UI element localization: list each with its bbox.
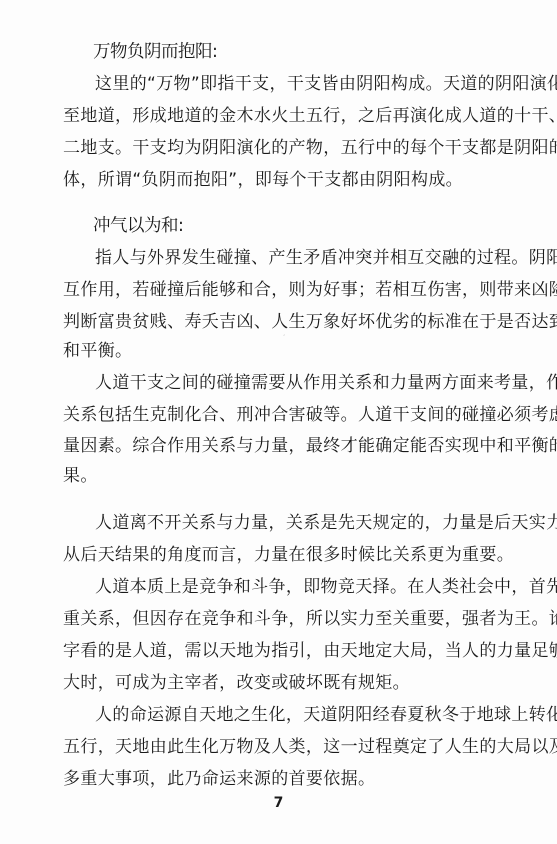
paragraph-line: 体，所谓“负阴而抱阳”，即每个干支都由阴阳构成。 — [63, 170, 463, 190]
paragraph-line: 从后天结果的角度而言，力量在很多时候比关系更为重要。 — [63, 545, 514, 565]
paragraph-line: 人道离不开关系与力量，关系是先天规定的，力量是后天实力， — [95, 513, 557, 533]
paragraph-line: 果。 — [63, 466, 98, 486]
paragraph-line: 互作用，若碰撞后能够和合，则为好事；若相互伤害，则带来凶险。 — [63, 280, 557, 300]
paragraph-line: 多重大事项，此乃命运来源的首要依据。 — [63, 769, 375, 789]
paragraph-line: 人道干支之间的碰撞需要从作用关系和力量两方面来考量，作用 — [95, 373, 557, 393]
document-page: 万物负阴而抱阳: 这里的“万物”即指干支，干支皆由阴阳构成。天道的阴阳演化 至地… — [0, 0, 557, 844]
paragraph-line: 量因素。综合作用关系与力量，最终才能确定能否实现中和平衡的结 — [63, 436, 557, 456]
section-heading-wanwu: 万物负阴而抱阳: — [93, 42, 217, 62]
paragraph-line: 人道本质上是竞争和斗争，即物竞天择。在人类社会中，首先注 — [95, 577, 557, 597]
paragraph-line: 重关系，但因存在竞争和斗争，所以实力至关重要，强者为王。论八 — [63, 609, 557, 629]
paragraph-line: 人的命运源自天地之生化，天道阴阳经春夏秋冬于地球上转化为 — [95, 705, 557, 725]
scan-artifact: ⸲ — [283, 329, 285, 338]
paragraph-line: 二地支。干支均为阴阳演化的产物，五行中的每个干支都是阴阳的载 — [63, 138, 557, 158]
paragraph-line: 判断富贵贫贱、寿夭吉凶、人生万象好坏优劣的标准在于是否达到中 — [63, 312, 557, 332]
paragraph-line: 大时，可成为主宰者，改变或破坏既有规矩。 — [63, 673, 410, 693]
paragraph-line: 五行，天地由此生化万物及人类，这一过程奠定了人生的大局以及诸 — [63, 737, 557, 757]
paragraph-line: 和平衡。 — [63, 341, 132, 361]
page-number: 7 — [0, 795, 557, 811]
paragraph-line: 字看的是人道，需以天地为指引，由天地定大局，当人的力量足够强 — [63, 641, 557, 661]
paragraph-line: 关系包括生克制化合、刑冲合害破等。人道干支间的碰撞必须考虑力 — [63, 405, 557, 425]
paragraph-line: 指人与外界发生碰撞、产生矛盾冲突并相互交融的过程。阴阳相 — [95, 248, 557, 268]
paragraph-line: 这里的“万物”即指干支，干支皆由阴阳构成。天道的阴阳演化 — [95, 74, 557, 94]
paragraph-line: 至地道，形成地道的金木水火土五行，之后再演化成人道的十干、十 — [63, 106, 557, 126]
section-heading-chongqi: 冲气以为和: — [93, 216, 183, 236]
